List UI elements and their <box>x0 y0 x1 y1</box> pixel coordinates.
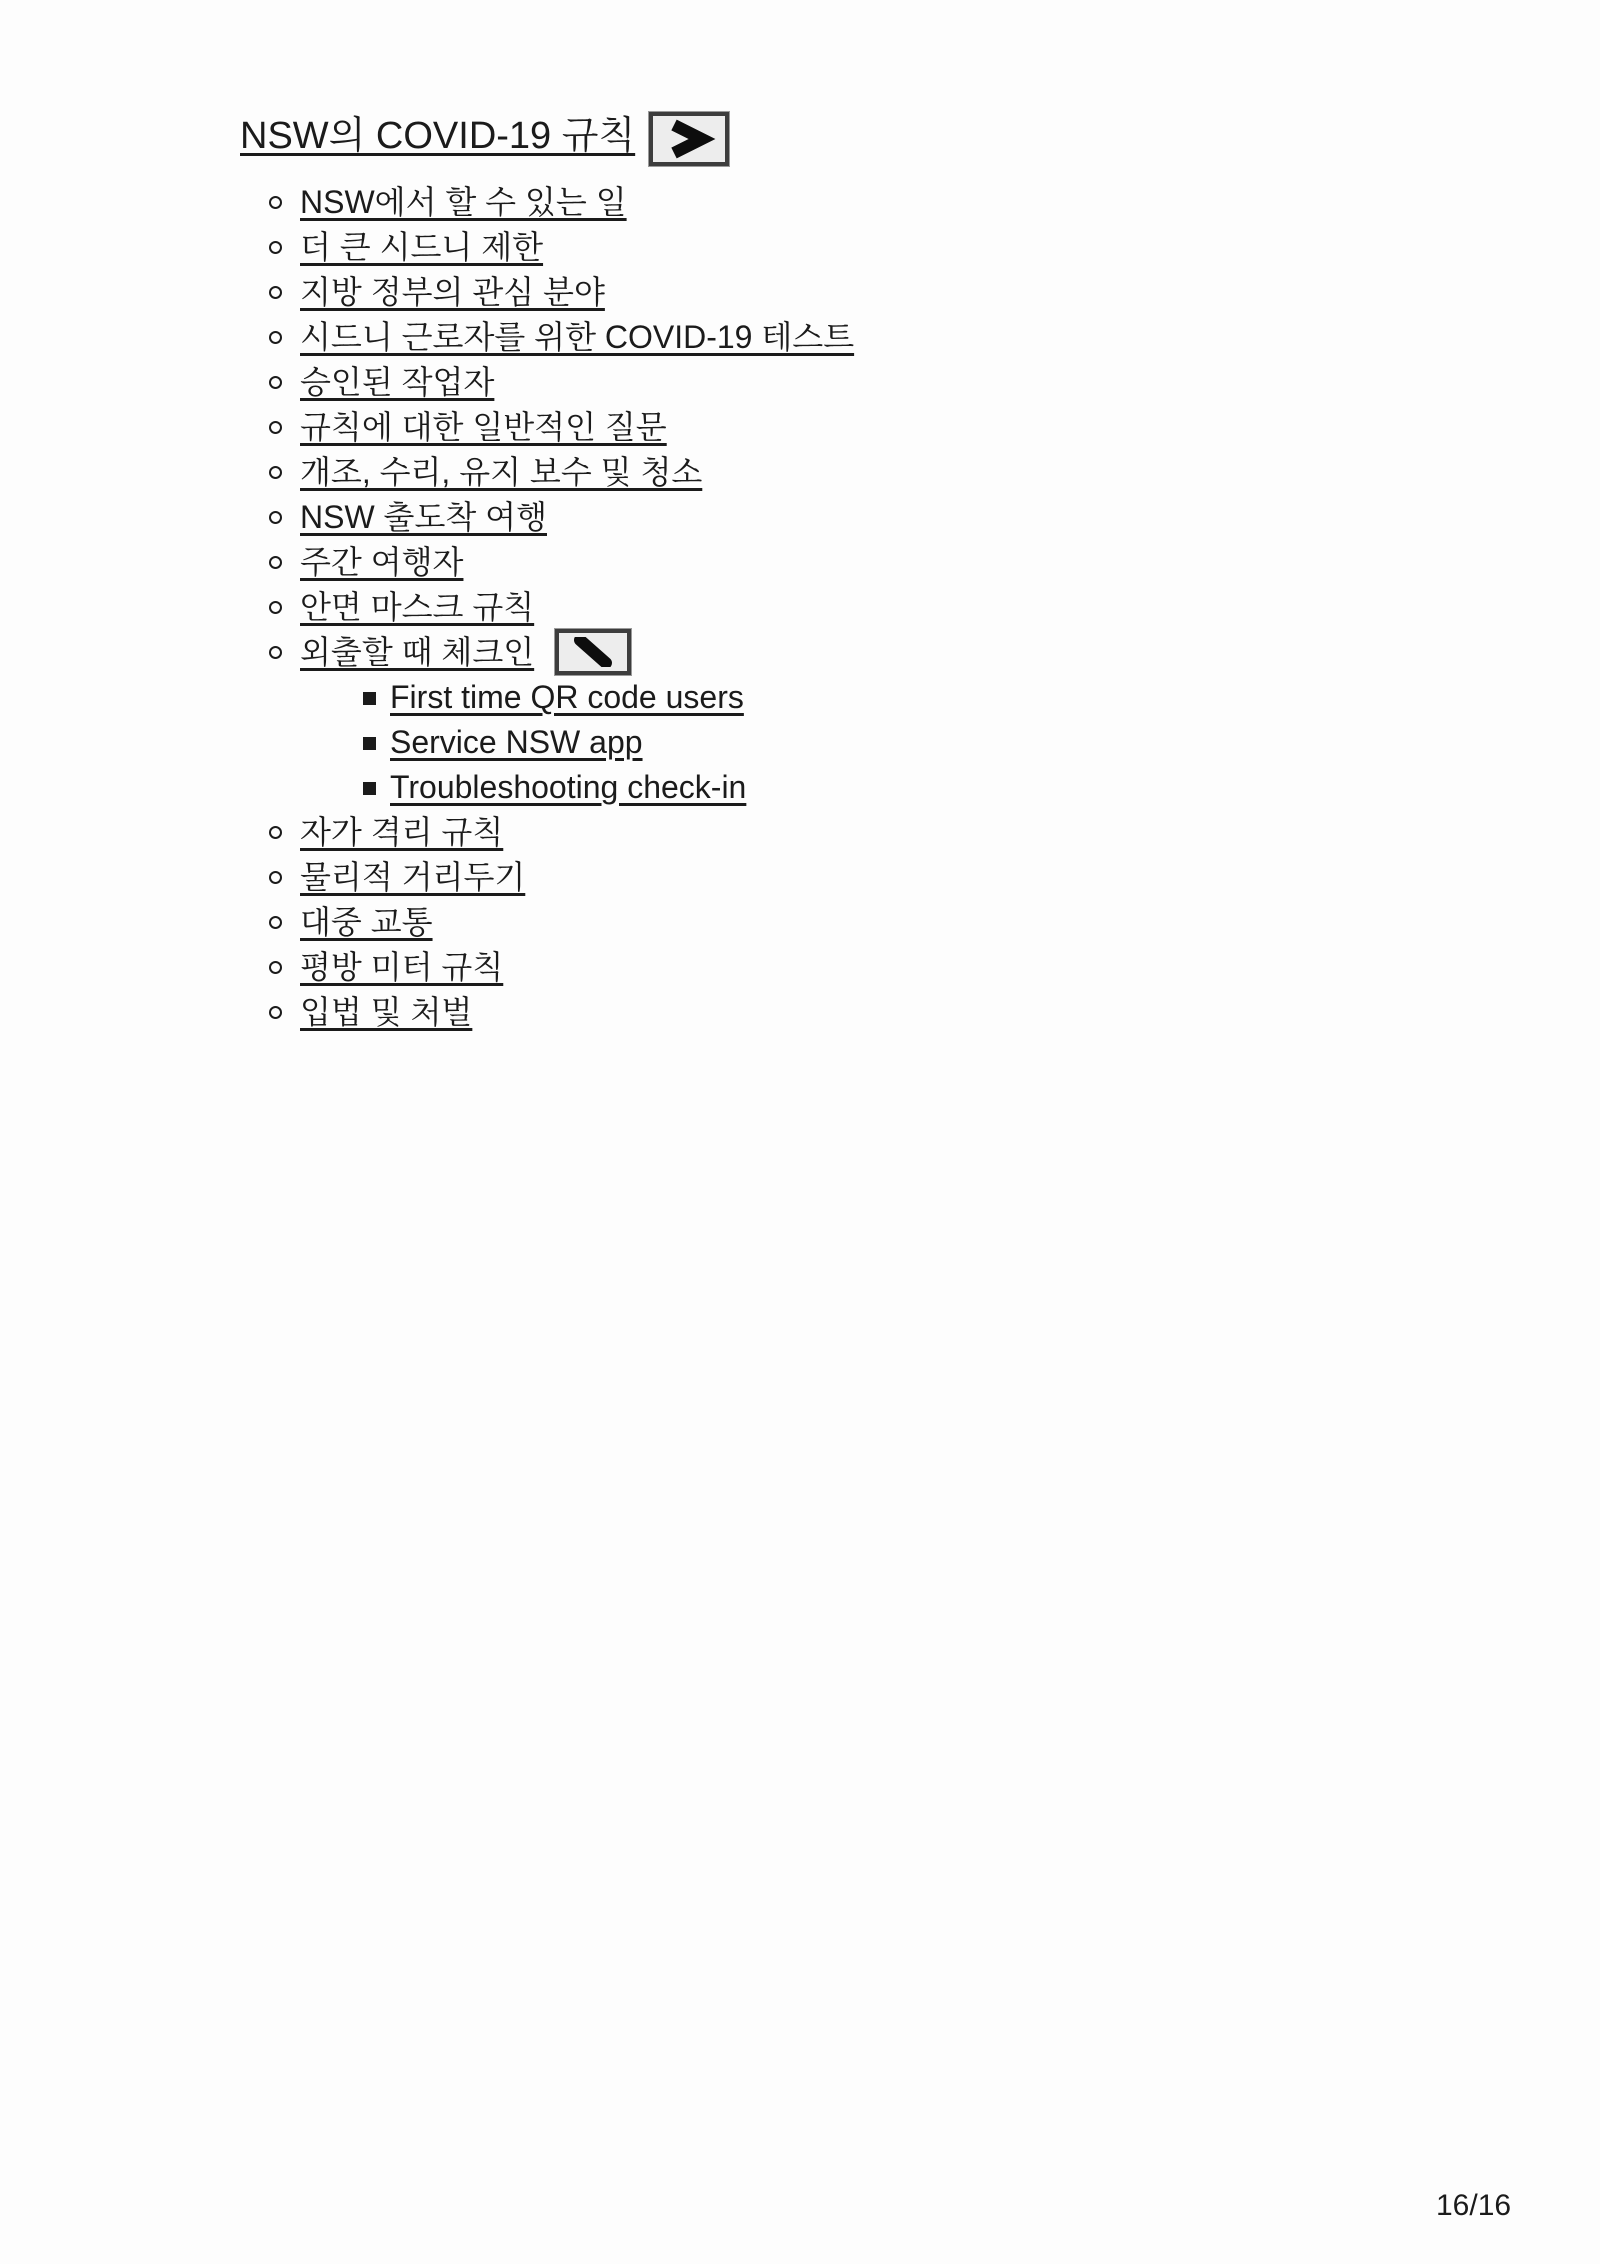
link-list: NSW에서 할 수 있는 일 더 큰 시드니 제한 지방 정부의 관심 분야 시… <box>240 180 1440 1035</box>
link-greater-sydney-restrictions[interactable]: 더 큰 시드니 제한 <box>300 229 543 265</box>
link-physical-distancing[interactable]: 물리적 거리두기 <box>300 859 525 895</box>
link-local-government-areas-of-concern[interactable]: 지방 정부의 관심 분야 <box>300 274 605 310</box>
circle-bullet-icon <box>269 961 282 974</box>
list-item: Troubleshooting check-in <box>240 765 1440 810</box>
link-travel-to-from-nsw[interactable]: NSW 출도착 여행 <box>300 499 547 535</box>
diagonal-arrow-icon[interactable] <box>555 629 631 675</box>
circle-bullet-icon <box>269 511 282 524</box>
list-item: 개조, 수리, 유지 보수 및 청소 <box>240 450 1440 495</box>
chevron-right-arrow-icon[interactable] <box>649 112 729 166</box>
check-in-sublist: First time QR code users Service NSW app… <box>240 675 1440 810</box>
list-item: 평방 미터 규칙 <box>240 945 1440 990</box>
list-item: 자가 격리 규칙 <box>240 810 1440 855</box>
list-item-with-children: 외출할 때 체크인 First time QR code users Servi… <box>240 630 1440 810</box>
list-item: 외출할 때 체크인 <box>240 630 1440 675</box>
circle-bullet-icon <box>269 196 282 209</box>
list-item: 규칙에 대한 일반적인 질문 <box>240 405 1440 450</box>
circle-bullet-icon <box>269 331 282 344</box>
list-item: First time QR code users <box>240 675 1440 720</box>
link-troubleshooting-check-in[interactable]: Troubleshooting check-in <box>390 769 746 805</box>
list-item: 안면 마스크 규칙 <box>240 585 1440 630</box>
covid-rules-heading-link[interactable]: NSW의 COVID-19 규칙 <box>240 110 635 162</box>
list-item: 시드니 근로자를 위한 COVID-19 테스트 <box>240 315 1440 360</box>
link-check-in-when-you-go-out[interactable]: 외출할 때 체크인 <box>300 634 534 670</box>
square-bullet-icon <box>363 782 376 795</box>
link-face-mask-rules[interactable]: 안면 마스크 규칙 <box>300 589 534 625</box>
link-interstate-travellers[interactable]: 주간 여행자 <box>300 544 463 580</box>
list-item: NSW에서 할 수 있는 일 <box>240 180 1440 225</box>
list-item: NSW 출도착 여행 <box>240 495 1440 540</box>
link-covid-19-testing-for-sydney-workers[interactable]: 시드니 근로자를 위한 COVID-19 테스트 <box>300 319 854 355</box>
list-item: Service NSW app <box>240 720 1440 765</box>
list-item: 더 큰 시드니 제한 <box>240 225 1440 270</box>
circle-bullet-icon <box>269 376 282 389</box>
list-item: 주간 여행자 <box>240 540 1440 585</box>
circle-bullet-icon <box>269 286 282 299</box>
page-number: 16/16 <box>1436 2188 1511 2224</box>
circle-bullet-icon <box>269 1006 282 1019</box>
page-heading: NSW의 COVID-19 규칙 <box>240 110 1440 168</box>
circle-bullet-icon <box>269 646 282 659</box>
link-service-nsw-app[interactable]: Service NSW app <box>390 724 643 760</box>
square-bullet-icon <box>363 737 376 750</box>
list-item: 입법 및 처벌 <box>240 990 1440 1035</box>
link-legislation-and-penalties[interactable]: 입법 및 처벌 <box>300 994 472 1030</box>
circle-bullet-icon <box>269 421 282 434</box>
link-public-transport[interactable]: 대중 교통 <box>300 904 433 940</box>
link-renovations-repairs-maintenance-cleaning[interactable]: 개조, 수리, 유지 보수 및 청소 <box>300 454 702 490</box>
document-body: NSW의 COVID-19 규칙 NSW에서 할 수 있는 일 더 큰 시드니 … <box>240 110 1440 1035</box>
link-what-you-can-do-in-nsw[interactable]: NSW에서 할 수 있는 일 <box>300 184 627 220</box>
link-first-time-qr-code-users[interactable]: First time QR code users <box>390 679 744 715</box>
chevron-glyph <box>658 119 720 159</box>
diagonal-stroke-glyph <box>564 637 622 667</box>
list-item: 물리적 거리두기 <box>240 855 1440 900</box>
link-common-questions-about-rules[interactable]: 규칙에 대한 일반적인 질문 <box>300 409 667 445</box>
circle-bullet-icon <box>269 916 282 929</box>
link-square-metre-rules[interactable]: 평방 미터 규칙 <box>300 949 503 985</box>
link-self-isolation-rules[interactable]: 자가 격리 규칙 <box>300 814 503 850</box>
link-authorised-workers[interactable]: 승인된 작업자 <box>300 364 494 400</box>
circle-bullet-icon <box>269 601 282 614</box>
square-bullet-icon <box>363 692 376 705</box>
list-item: 승인된 작업자 <box>240 360 1440 405</box>
circle-bullet-icon <box>269 871 282 884</box>
circle-bullet-icon <box>269 556 282 569</box>
list-item: 대중 교통 <box>240 900 1440 945</box>
list-item: 지방 정부의 관심 분야 <box>240 270 1440 315</box>
circle-bullet-icon <box>269 826 282 839</box>
circle-bullet-icon <box>269 241 282 254</box>
circle-bullet-icon <box>269 466 282 479</box>
